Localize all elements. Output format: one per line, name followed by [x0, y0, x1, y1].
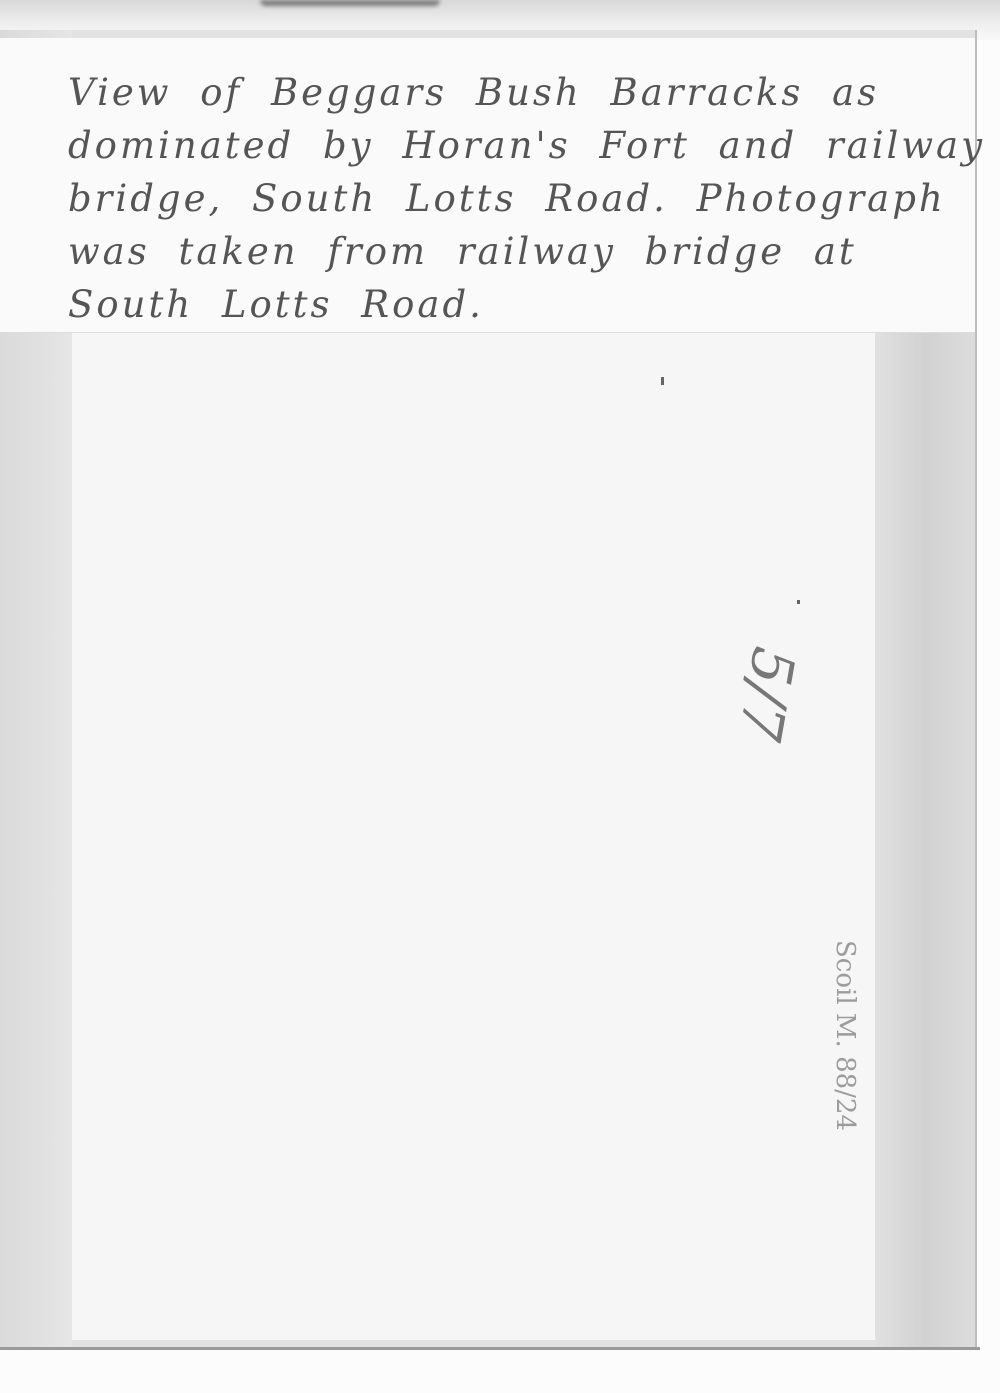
handwritten-caption: View of Beggars Bush Barracks as dominat…: [68, 66, 958, 331]
caption-line: View of Beggars Bush Barracks as: [68, 66, 958, 119]
sleeve-bottom-edge: [0, 1347, 980, 1350]
caption-line: bridge, South Lotts Road. Photograph: [68, 172, 958, 225]
margin-stamp-text: Scoil M. 88/24: [830, 940, 860, 1131]
ink-speck: [797, 600, 800, 604]
scan-top-edge: [260, 0, 440, 6]
photo-back-card: [72, 330, 875, 1340]
caption-line: South Lotts Road.: [68, 278, 958, 331]
ink-speck: [661, 377, 664, 385]
caption-line: dominated by Horan's Fort and railway: [68, 119, 958, 172]
caption-line: was taken from railway bridge at: [68, 225, 958, 278]
sleeve-right-edge: [875, 330, 975, 1348]
